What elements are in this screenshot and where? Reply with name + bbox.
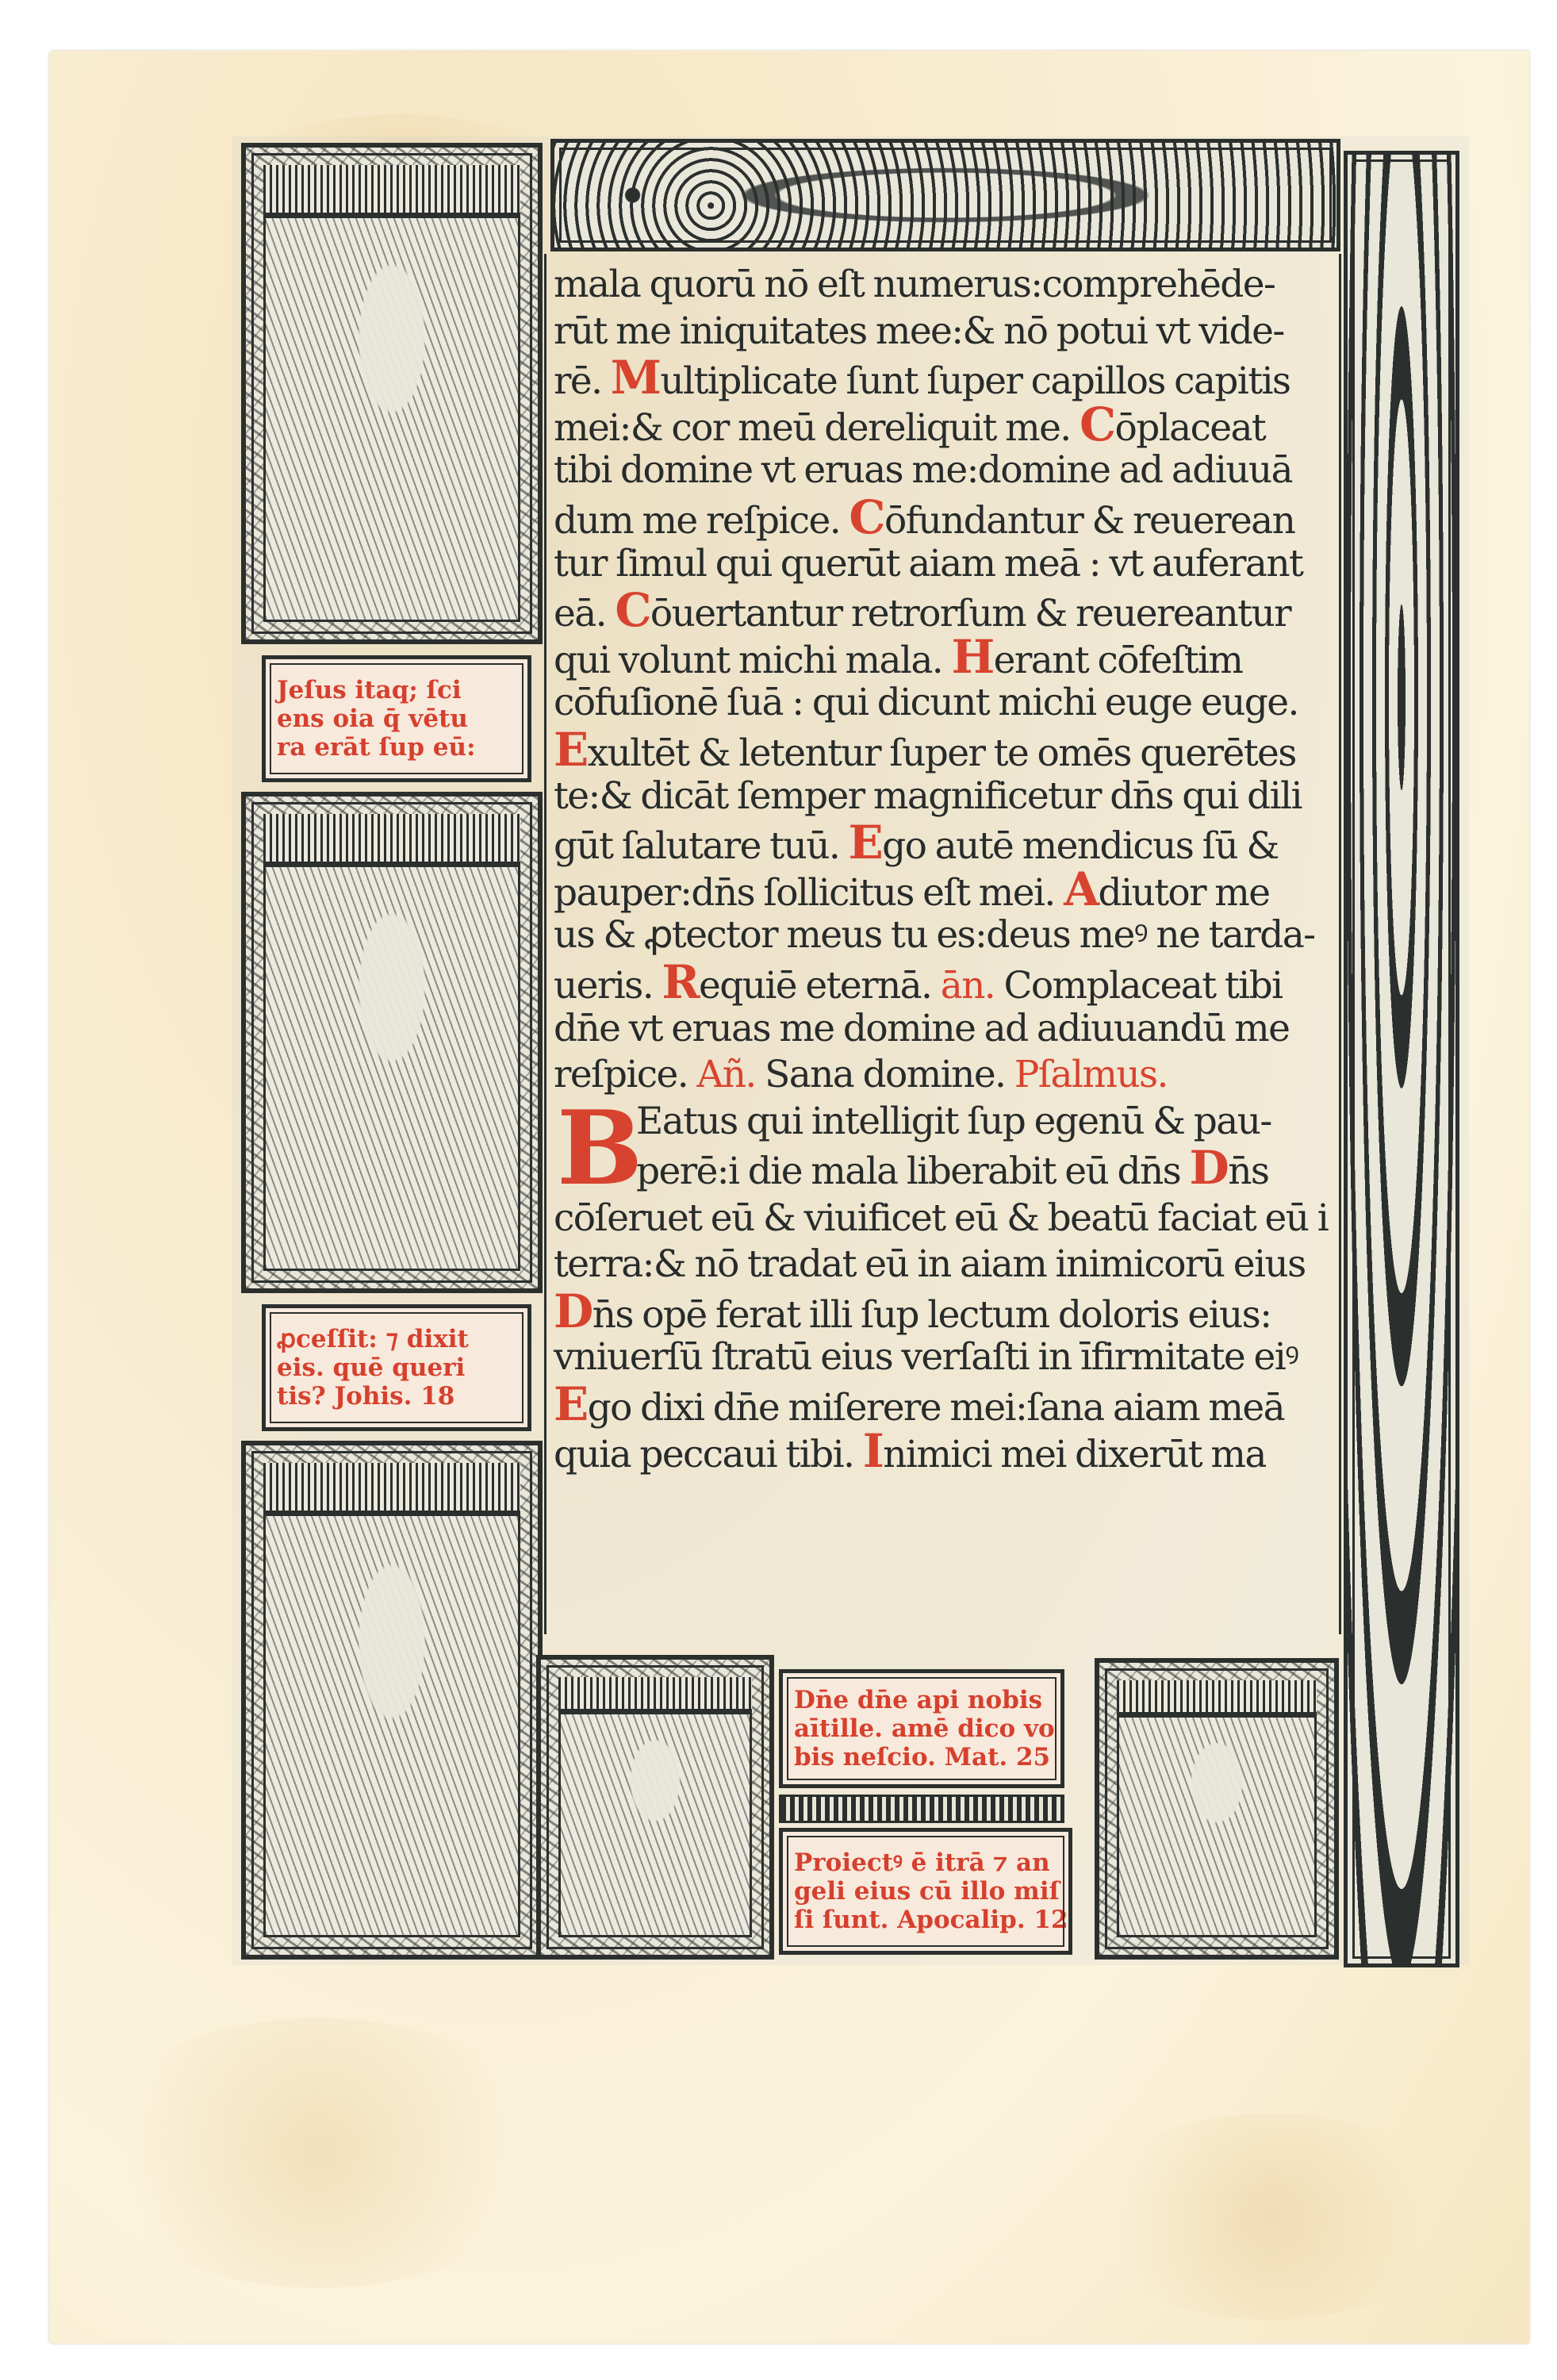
caption-line: Jeſus itaq; ſci — [277, 676, 516, 704]
text-line: Dn̄s opē ferat illi ſup lectum doloris e… — [554, 1288, 1347, 1335]
rubricated-initial: E — [849, 816, 883, 869]
text-segment: Complaceat tibi — [995, 964, 1282, 1008]
caption-line: eis. quē queri — [277, 1353, 516, 1382]
text-segment: ōplaceat — [1115, 406, 1266, 450]
text-segment: rē. — [554, 359, 611, 403]
text-segment: quia peccaui tibi. — [554, 1433, 863, 1476]
text-line: rē. Multiplicate ſunt ſuper capillos cap… — [554, 355, 1347, 401]
text-segment: ultiplicate ſunt ſuper capillos capitis — [660, 359, 1290, 403]
main-text-block: mala quorū nō eſt numerus:comprehēde-rūt… — [554, 262, 1347, 1474]
caption-line: ꝓceſſit: ⁊ dixit — [277, 1325, 516, 1353]
text-segment: terra:& nō tradat eū in aiam inimicorū e… — [554, 1242, 1306, 1286]
rubricated-initial: M — [611, 351, 661, 405]
text-segment: rūt me iniquitates mee:& nō potui vt vid… — [554, 309, 1284, 353]
text-segment: eā. — [554, 592, 615, 635]
rubric-text: Añ. — [696, 1053, 755, 1096]
caption-bottom-1: Dn̄e dn̄e api nobis aītille. amē dico vo… — [779, 1669, 1064, 1788]
text-segment: te:& dicāt ſemper magnificetur dn̄s qui … — [554, 774, 1302, 818]
text-segment: erant cōfeſtim — [994, 639, 1243, 682]
gothic-arch — [263, 1463, 520, 1514]
text-segment: vniuerſū ſtratū eius verſaſti in īfirmit… — [554, 1335, 1298, 1379]
text-line: cōfuſionē ſuā : qui dicunt michi euge eu… — [554, 680, 1347, 727]
text-line: Ego dixi dn̄e miſerere mei:ſana aiam meā — [554, 1381, 1347, 1428]
text-line: us & ꝓtector meus tu es:deus meꝰ ne tard… — [554, 912, 1347, 959]
text-segment: dn̄e vt eruas me domine ad adiuuandū me — [554, 1007, 1289, 1050]
rubric-text: ān. — [941, 964, 995, 1008]
rubricated-initial: D — [554, 1284, 593, 1338]
text-line: rūt me iniquitates mee:& nō potui vt vid… — [554, 309, 1347, 355]
christ-with-soldiers-scene-icon — [263, 1514, 520, 1937]
text-line: qui volunt michi mala. Herant cōfeſtim — [554, 634, 1347, 681]
text-line: cōſeruet eū & viuificet eū & beatū facia… — [554, 1196, 1347, 1242]
caption-line: tis? Johis. 18 — [277, 1382, 516, 1411]
text-line: dum me reſpice. Cōfundantur & reuerean — [554, 494, 1347, 541]
women-and-devil-scene-icon — [263, 216, 520, 622]
text-line: reſpice. Añ. Sana domine. Pſalmus. — [554, 1052, 1347, 1099]
prophet-portrait-icon — [558, 1712, 752, 1937]
text-line: eā. Cōuertantur retrorſum & reuereantur — [554, 587, 1347, 634]
text-segment: ueris. — [554, 964, 662, 1008]
woodcut-left-middle — [241, 792, 543, 1293]
text-line: gūt ſalutare tuū. Ego autē mendicus ſū & — [554, 820, 1347, 866]
text-segment: tur ſimul qui querūt aiam meā : vt aufer… — [554, 542, 1302, 585]
psalm-initial: B — [557, 1102, 628, 1196]
woodcut-left-top — [241, 143, 543, 644]
rubricated-initial: H — [951, 630, 993, 684]
caption-line: ra erāt ſup eū: — [277, 733, 516, 762]
rubricated-initial: R — [662, 955, 699, 1009]
text-segment: xultēt & letentur ſuper te omēs querētes — [588, 731, 1296, 775]
caption-line: Proiectꝰ ē itrā ⁊ an — [794, 1848, 1057, 1877]
caption-bottom-2: Proiectꝰ ē itrā ⁊ an geli eius cū illo m… — [779, 1828, 1072, 1955]
text-line: quia peccaui tibi. Inimici mei dixerūt m… — [554, 1428, 1347, 1475]
woodcut-left-bottom — [241, 1441, 543, 1960]
rubric-text: Pſalmus. — [1014, 1053, 1168, 1096]
christ-arrest-scene-icon — [263, 865, 520, 1271]
text-segment: pauper:dn̄s ſollicitus eſt mei. — [554, 871, 1064, 915]
scroll-band — [779, 1795, 1064, 1823]
text-segment: go dixi dn̄e miſerere mei:ſana aiam meā — [588, 1386, 1284, 1430]
caption-left-1: Jeſus itaq; ſci ens oia q̄ vētu ra erāt … — [262, 655, 531, 782]
rubricated-initial: C — [1080, 397, 1115, 451]
caption-line: geli eius cū illo miſ — [794, 1877, 1057, 1906]
rubricated-initial: E — [554, 1377, 588, 1431]
arch-band — [558, 1677, 752, 1712]
arch-band — [1117, 1680, 1317, 1715]
text-line: mei:& cor meū dereliquit me. Cōplaceat — [554, 401, 1347, 448]
text-line: mala quorū nō eſt numerus:comprehēde- — [554, 262, 1347, 309]
text-segment: diutor me — [1099, 871, 1270, 915]
text-segment: dum me reſpice. — [554, 499, 849, 543]
text-segment: Sana domine. — [756, 1053, 1014, 1096]
gothic-arch — [263, 814, 520, 865]
paper-stain — [81, 2018, 557, 2288]
text-segment: cōfuſionē ſuā : qui dicunt michi euge eu… — [554, 681, 1298, 724]
psalm-block: BEatus qui intelligit ſup egenū & pau-pe… — [554, 1099, 1347, 1192]
text-segment: gūt ſalutare tuū. — [554, 824, 849, 868]
caption-line: Dn̄e dn̄e api nobis — [794, 1686, 1049, 1714]
caption-line: ens oia q̄ vētu — [277, 704, 516, 733]
text-line: dn̄e vt eruas me domine ad adiuuandū me — [554, 1006, 1347, 1053]
text-line: terra:& nō tradat eū in aiam inimicorū e… — [554, 1242, 1347, 1288]
paper-stain — [1080, 2113, 1461, 2320]
text-line: ueris. Requiē eternā. ān. Complaceat tib… — [554, 959, 1347, 1006]
text-line: tibi domine vt eruas me:domine ad adiuuā — [554, 447, 1347, 494]
top-foliate-border-icon — [550, 139, 1340, 251]
rubricated-initial: C — [615, 583, 650, 637]
text-segment: n̄s opē ferat illi ſup lectum doloris ei… — [593, 1293, 1271, 1337]
text-segment: qui volunt michi mala. — [554, 639, 951, 682]
text-segment: mala quorū nō eſt numerus:comprehēde- — [554, 263, 1275, 306]
woodcut-bottom-left — [536, 1655, 774, 1960]
right-grotesque-border-icon — [1344, 151, 1459, 1967]
caption-line: aītille. amē dico vo — [794, 1714, 1049, 1743]
rubricated-initial: C — [849, 490, 884, 544]
text-line: vniuerſū ſtratū eius verſaſti in īfirmit… — [554, 1334, 1347, 1381]
rubricated-initial: I — [863, 1424, 884, 1478]
caption-line: ſi ſunt. Apocalip. 12 — [794, 1906, 1057, 1934]
text-segment: reſpice. — [554, 1053, 696, 1096]
text-segment: us & ꝓtector meus tu es:deus meꝰ ne tard… — [554, 913, 1314, 957]
text-line: perē:i die mala liberabit eū dn̄s Dn̄s — [554, 1145, 1347, 1192]
text-segment: perē:i die mala liberabit eū dn̄s — [636, 1150, 1189, 1193]
text-segment: nimici mei dixerūt ma — [883, 1433, 1266, 1476]
woodcut-bottom-right — [1095, 1658, 1339, 1960]
caption-left-2: ꝓceſſit: ⁊ dixit eis. quē queri tis? Joh… — [262, 1304, 531, 1431]
text-segment: mei:& cor meū dereliquit me. — [554, 406, 1080, 450]
rubricated-initial: D — [1189, 1141, 1228, 1195]
text-line: te:& dicāt ſemper magnificetur dn̄s qui … — [554, 773, 1347, 820]
text-segment: n̄s — [1228, 1150, 1268, 1193]
text-line: pauper:dn̄s ſollicitus eſt mei. Adiutor … — [554, 866, 1347, 913]
rubricated-initial: E — [554, 723, 588, 777]
text-segment: equiē eternā. — [699, 964, 941, 1008]
rubricated-initial: A — [1064, 862, 1098, 916]
text-segment: Eatus qui intelligit ſup egenū & pau- — [636, 1100, 1271, 1143]
text-line: Exultēt & letentur ſuper te omēs querēte… — [554, 727, 1347, 773]
text-line: tur ſimul qui querūt aiam meā : vt aufer… — [554, 541, 1347, 588]
text-segment: ōfundantur & reuerean — [884, 499, 1294, 543]
gothic-arch — [263, 165, 520, 216]
text-segment: cōſeruet eū & viuificet eū & beatū facia… — [554, 1196, 1328, 1240]
crowned-king-portrait-icon — [1117, 1715, 1317, 1937]
text-line: Eatus qui intelligit ſup egenū & pau- — [554, 1099, 1347, 1146]
caption-line: bis neſcio. Mat. 25 — [794, 1743, 1049, 1772]
column-rule — [544, 254, 546, 1634]
text-segment: tibi domine vt eruas me:domine ad adiuuā — [554, 448, 1292, 492]
